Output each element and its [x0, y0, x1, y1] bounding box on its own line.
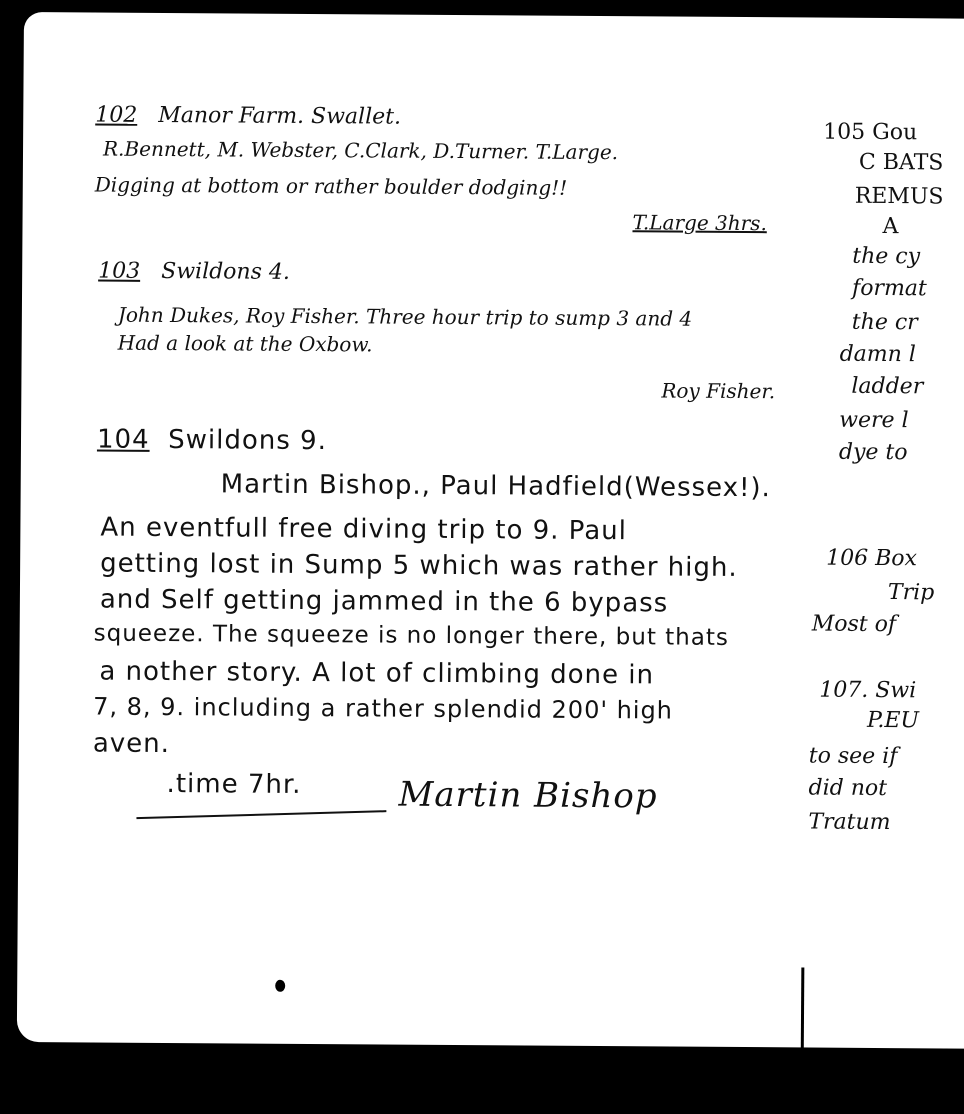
- logbook-page: 102 Manor Farm. Swallet. R.Bennett, M. W…: [17, 12, 964, 1049]
- entry-104-text-line: squeeze. The squeeze is no longer there,…: [94, 621, 729, 651]
- right-line: Tratum: [808, 809, 890, 835]
- right-line: the cr: [852, 310, 918, 335]
- entry-104-text-line: aven.: [93, 728, 170, 759]
- right-line: Trip: [888, 580, 934, 605]
- right-line: dye to: [839, 440, 908, 465]
- right-line: did not: [809, 775, 888, 801]
- entry-103-header: 103 Swildons 4.: [98, 259, 290, 285]
- entry-104-text-line: getting lost in Sump 5 which was rather …: [100, 549, 738, 583]
- entry-102-party: R.Bennett, M. Webster, C.Clark, D.Turner…: [103, 137, 618, 165]
- ink-dot: [275, 980, 285, 992]
- right-line: to see if: [809, 743, 898, 769]
- entry-104-text-line: and Self getting jammed in the 6 bypass: [100, 585, 669, 619]
- entry-103-signature: Roy Fisher.: [661, 378, 775, 403]
- entry-102-signature: T.Large 3hrs.: [632, 210, 766, 235]
- entry-number: 104: [97, 425, 150, 455]
- right-line: format: [852, 276, 927, 302]
- entry-title: Manor Farm. Swallet.: [158, 103, 401, 130]
- entry-title: Swildons 9.: [168, 425, 327, 456]
- right-line: 107. Swi: [819, 678, 916, 704]
- entry-104-text-line: 7, 8, 9. including a rather splendid 200…: [93, 693, 673, 725]
- right-line: P.EU: [867, 708, 919, 733]
- right-line: 105 Gou: [823, 120, 917, 146]
- entry-title: Swildons 4.: [161, 259, 290, 285]
- entry-104-text-line: An eventfull free diving trip to 9. Paul: [100, 513, 627, 547]
- entry-number: 102: [95, 103, 137, 128]
- right-line: the cy: [852, 244, 920, 269]
- entry-104-party: Martin Bishop., Paul Hadfield(Wessex!).: [221, 469, 771, 503]
- entry-104-header: 104 Swildons 9.: [97, 425, 327, 457]
- right-page-fragment: 105 Gou C BATS REMUS A the cy format the…: [24, 12, 964, 19]
- right-line: damn l: [840, 342, 916, 368]
- right-line: ladder: [851, 374, 923, 400]
- entry-102-text: Digging at bottom or rather boulder dodg…: [95, 172, 568, 199]
- right-line: were l: [839, 408, 909, 433]
- right-line: A: [882, 214, 898, 239]
- entry-103-text-line: Had a look at the Oxbow.: [118, 331, 373, 357]
- right-line: C BATS: [859, 150, 944, 176]
- page-crease: [801, 967, 805, 1057]
- right-line: Most of: [812, 612, 896, 638]
- entry-104-signature: Martin Bishop: [398, 775, 657, 817]
- signature-underline: [136, 810, 386, 819]
- entry-104-text-line: a nother story. A lot of climbing done i…: [99, 657, 654, 691]
- entry-103-text-line: John Dukes, Roy Fisher. Three hour trip …: [118, 303, 692, 331]
- entry-102-header: 102 Manor Farm. Swallet.: [95, 103, 401, 130]
- right-line: 106 Box: [826, 546, 917, 572]
- entry-104-time-note: .time 7hr.: [167, 769, 302, 800]
- right-line: REMUS: [855, 184, 944, 210]
- entry-number: 103: [98, 259, 140, 284]
